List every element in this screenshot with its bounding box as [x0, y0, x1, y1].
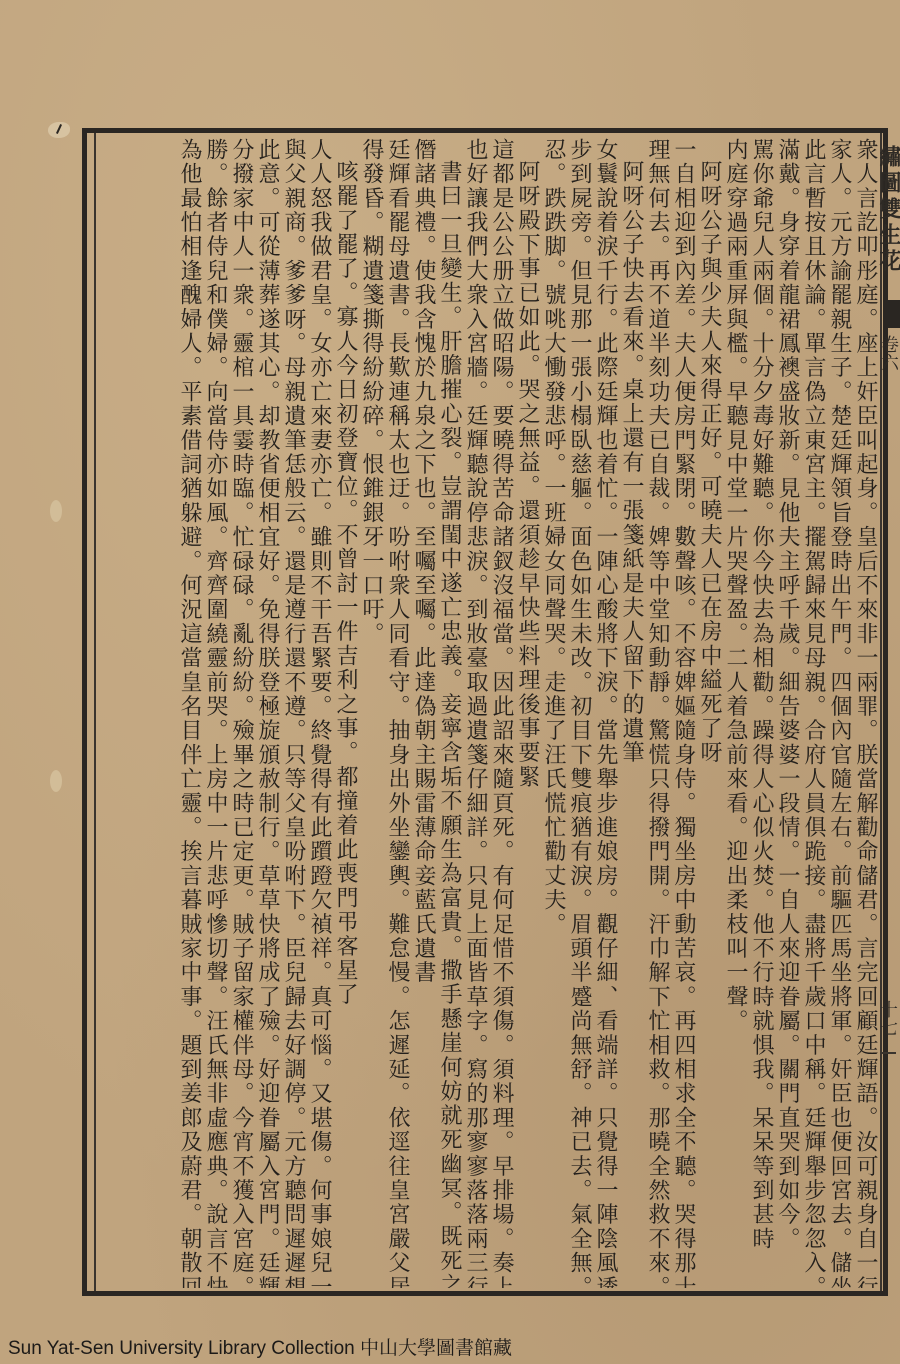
- text-column: 女鬟說着淚千行。此際廷輝也着忙。一陣心酸將下淚。當先舉步進娘房。觀仔細、看端詳。…: [592, 138, 618, 1288]
- margin-volume-label: 卷六: [885, 335, 900, 371]
- margin-page-number: 十七: [884, 1000, 900, 1036]
- margin-rule: [880, 1052, 896, 1054]
- text-column: 忍。跌跌脚。號咷大慟發悲呼。一班婦女同聲哭。走進了汪氏慌忙勸丈夫。: [540, 138, 566, 1288]
- text-column: 此言暫按且休論。單言偽立東宮主。擺駕歸來見母親。合府人員俱跪接。盡將千歲口中稱。…: [800, 138, 826, 1288]
- text-column-speech: 咳罷了罷了。寡人今日初登寶位。不曾討一件吉利之事。都撞着此喪門弔客星了: [332, 138, 358, 1288]
- text-column: 家人。元方諭罷親生子。楚廷輝領旨登時出午門。四個內官隨左右。前驅匹馬坐將軍。奸臣…: [826, 138, 852, 1288]
- text-column: 為他最怕相逢醜婦人。平素借詞猶躲避。何況這當皇名目伴亡靈。挨言暮賊家中事。題到姜…: [176, 138, 202, 1288]
- text-column: 步到屍旁。但見那一張小榻臥慈軀。面色如生未改。初目下雙痕猶有淚。眉頭半蹙尚無舒。…: [566, 138, 592, 1288]
- binding-hole: [50, 770, 62, 792]
- margin-book-title: 繡圖雙生花: [884, 145, 900, 275]
- text-column: 得發昏。糊遺箋撕得紛紛碎。恨錐銀牙一口吁。: [358, 138, 384, 1288]
- text-column: 衆人言訖叩彤庭。座上奸臣叫起身。皇后不來非一兩罪。朕當解勸命儲君。言完回顧廷輝語…: [852, 138, 878, 1288]
- scanned-page: 繡圖雙生花 卷六 十七 衆人言訖叩彤庭。座上奸臣叫起身。皇后不來非一兩罪。朕當解…: [0, 0, 900, 1364]
- text-body: 衆人言訖叩彤庭。座上奸臣叫起身。皇后不來非一兩罪。朕當解勸命儲君。言完回顧廷輝語…: [98, 138, 878, 1288]
- text-column: 一自相迎到內差。夫人便房門緊閉。數聲咳。不容婢嫗隨身侍。獨坐房中動苦哀。再四相求…: [670, 138, 696, 1288]
- fish-tail-mark: [884, 300, 900, 328]
- text-column-speech: 阿呀公子快去看來。桌上還有一張箋紙是夫人留下的遺筆: [618, 138, 644, 1288]
- text-column-speech: 阿呀公子與少夫人來得正好。可曉夫人已在房中縊死了呀: [696, 138, 722, 1288]
- text-column: 僭諸典禮。使我含愧於九泉之下也。至囑至囑。此達偽朝主賜雷薄命妾藍氏遺書: [410, 138, 436, 1288]
- text-column: 與父親商。爹爹呀。母親遺筆恁般云。還是遵行還不遵。只等父皇吩咐下。臣兒歸去好調停…: [280, 138, 306, 1288]
- collection-watermark: Sun Yat-Sen University Library Collectio…: [8, 1333, 512, 1360]
- text-column-speech: 阿呀殿下事已如此。哭之無益。還須趁早快些料理後事要緊: [514, 138, 540, 1288]
- text-column: 駡你爺兒人兩個。十分夕毒好難聽。你今快去為相勸。躁得人心似火焚。他不行時就惧我。…: [748, 138, 774, 1288]
- text-column: 也好讓我們大衆入宮牆。廷輝聽說停悲淚。到妝臺取過遺箋仔細詳。只見上面皆草字。寫的…: [462, 138, 488, 1288]
- binding-hole: [50, 500, 62, 522]
- inner-rule-right: [880, 133, 882, 1291]
- text-column: 理無何去。再不道半刻功夫已自裁。婢等中堂知動靜。驚慌只得撥門開。汗巾解下忙相救。…: [644, 138, 670, 1288]
- text-column: 内庭穿過兩重屏與檻。早聽見中堂一片哭聲盈。二人着急前來看。迎出柔枝叫一聲。: [722, 138, 748, 1288]
- text-column: 這都是公公册立做昭陽。要曉得苦命諸釵沒福當。因此詔來隨頁死。有何足惜不須傷。須料…: [488, 138, 514, 1288]
- text-column: 人人怒我做君皇。女亦亡來妻亦亡。雖則不干吾緊要。終覺得有此躓蹬欠禎祥。真可惱。又…: [306, 138, 332, 1288]
- inner-rule-left: [94, 133, 96, 1291]
- text-column-letter: 書曰一旦變生。肝膽摧心裂。豈謂閨中遂亡忠義。妾寧含垢不願生為富貴。撒手懸崖何妨就…: [436, 138, 462, 1288]
- text-column: 滿戴。身穿着龍裙鳳襖盛妝新。見他夫主呼千歲。細告婆婆一段情。一自人來迎眷屬。關門…: [774, 138, 800, 1288]
- text-column: 此意。可從薄葬遂其心。却教省便相宜好。免得朕登極旋頒赦制行。草草快將成了殮。好迎…: [254, 138, 280, 1288]
- text-column: 勝。餘者侍兒和僕婦。向當侍亦如風。齊齊圍繞靈前哭。上房中一片悲呼慘切聲。汪氏無非…: [202, 138, 228, 1288]
- text-column: 廷輝看罷母遺書。長歎連稱太也迂。吩咐衆人同看守。抽身出外坐鑾輿。難怠慢。怎遲延。…: [384, 138, 410, 1288]
- text-column: 分撥家中人一衆。靈棺一具霎時臨。忙碌碌。亂紛紛。殮畢之時已定更。賊子留家權伴母。…: [228, 138, 254, 1288]
